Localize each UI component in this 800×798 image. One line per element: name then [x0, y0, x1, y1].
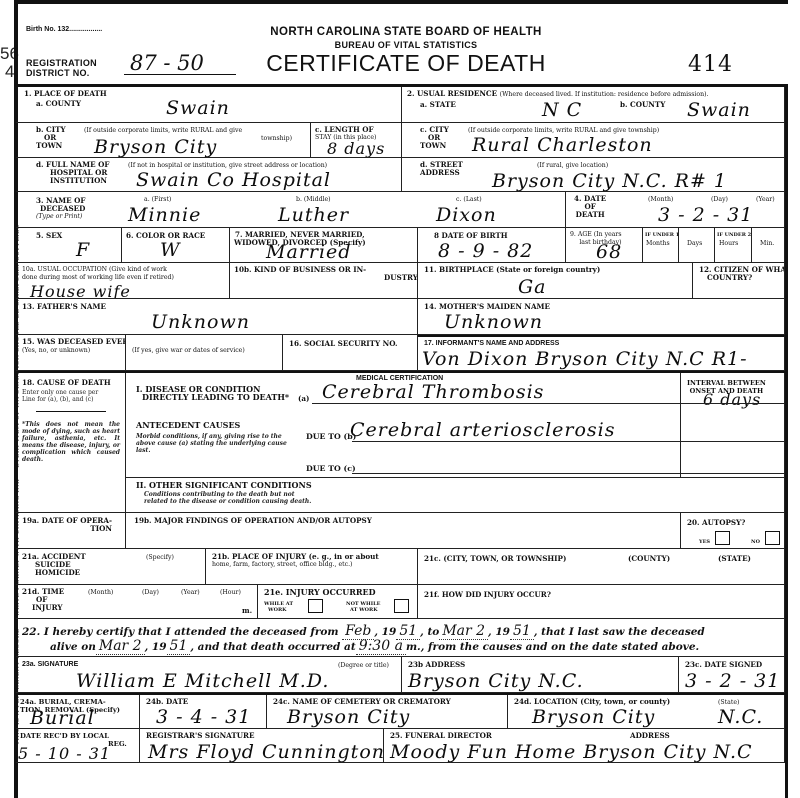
dod-month-label: (Month) — [648, 195, 673, 204]
armed-forces-label: 15. WAS DECEASED EVER IN U.S. ARMED FORC… — [22, 338, 126, 346]
first-name-label: a. (First) — [144, 195, 171, 204]
business-label: 10b. KIND OF BUSINESS OR IN- — [234, 266, 366, 274]
certificate-header: Birth No. 132................. REGISTRAT… — [16, 4, 788, 84]
registration-district-field[interactable]: 87 - 50 — [124, 52, 236, 75]
injury-place-label: 21b. PLACE OF INJURY (e. g., in or about… — [212, 553, 379, 569]
line-b-underline — [352, 441, 681, 442]
certification-line-2: alive onMar 2, 1951, and that death occu… — [50, 638, 699, 654]
burial-location-cell: 24d. LOCATION (City, town, or county) (S… — [508, 695, 785, 729]
injury-time-label: 21d. TIME OF INJURY — [22, 588, 64, 612]
place-of-death-city-cell: b. CITY OR TOWN (If outside corporate li… — [16, 123, 311, 158]
months-label: Months — [646, 239, 670, 248]
interval-cell: INTERVAL BETWEEN ONSET AND DEATH 6 days — [681, 373, 785, 478]
father-name-label: 13. FATHER'S NAME — [22, 303, 106, 311]
ssn-cell[interactable]: 16. SOCIAL SECURITY NO. — [283, 335, 418, 371]
antecedent-causes-label: ANTECEDENT CAUSES — [136, 421, 240, 429]
cause-instructions: Enter only one cause per Line for (a), (… — [22, 389, 98, 403]
injury-year-label: (Year) — [181, 588, 200, 597]
sex-cell: 5. SEX F — [16, 228, 122, 263]
race-cell: 6. COLOR OR RACE W — [122, 228, 230, 263]
injury-county-label: (COUNTY) — [628, 555, 670, 563]
autopsy-no-checkbox[interactable] — [765, 531, 780, 545]
burial-field[interactable]: Burial — [30, 707, 95, 729]
birthplace-label: 11. BIRTHPLACE (State or foreign country… — [424, 266, 600, 274]
autopsy-yes-checkbox[interactable] — [715, 531, 730, 545]
hospital-field[interactable]: Swain Co Hospital — [136, 169, 331, 191]
deceased-name-cell: 3. NAME OF DECEASED (Type or Print) a. (… — [16, 192, 566, 228]
date-received-field[interactable]: 5 - 10 - 31 — [18, 743, 111, 763]
interval-c-underline — [681, 473, 785, 474]
registrar-signature-field[interactable]: Mrs Floyd Cunnington — [148, 741, 384, 763]
street-address-cell: d. STREET ADDRESS (If rural, give locati… — [402, 158, 785, 192]
residence-county-label: b. COUNTY — [620, 101, 665, 109]
length-of-stay-cell: c. LENGTH OF STAY (in this place) 8 days — [311, 123, 402, 158]
residence-city-label: c. CITY OR TOWN — [420, 126, 449, 150]
death-certificate: Birth No. 132................. REGISTRAT… — [16, 0, 794, 798]
informant-label: 17. INFORMANT'S NAME AND ADDRESS — [424, 340, 559, 348]
disease-condition-label: I. DISEASE OR CONDITION DIRECTLY LEADING… — [136, 385, 289, 401]
occupation-label: 10a. USUAL OCCUPATION (Give kind of work… — [22, 266, 174, 282]
other-conditions-note: Conditions contributing to the death but… — [144, 491, 311, 505]
cause-of-death-label: 18. CAUSE OF DEATH — [22, 379, 111, 387]
physician-address-label: 23b ADDRESS — [408, 661, 465, 669]
cemetery-field[interactable]: Bryson City — [287, 706, 410, 728]
citizenship-cell: 12. CITIZEN OF WHAT COUNTRY? — [693, 263, 785, 299]
injury-occurred-label: 21e. INJURY OCCURRED — [264, 588, 376, 596]
birth-number: Birth No. 132................. — [26, 26, 102, 33]
ssn-label: 16. SOCIAL SECURITY NO. — [289, 340, 398, 348]
operation-date-cell[interactable]: 19a. DATE OF OPERA- TION — [16, 513, 126, 549]
due-to-b-label: DUE TO (b) — [306, 433, 356, 441]
findings-label: 19b. MAJOR FINDINGS OF OPERATION AND/OR … — [134, 517, 372, 525]
age-field[interactable]: 68 — [596, 241, 622, 263]
cause-a-field[interactable]: Cerebral Thrombosis — [322, 381, 544, 403]
date-of-birth-label: 8 DATE OF BIRTH — [434, 232, 508, 240]
usual-residence-label: 2. USUAL RESIDENCE (Where deceased lived… — [407, 90, 709, 99]
race-field[interactable]: W — [160, 239, 181, 261]
armed-forces-yes-no-cell[interactable]: 15. WAS DECEASED EVER IN U.S. ARMED FORC… — [16, 335, 126, 371]
business-cell: 10b. KIND OF BUSINESS OR IN- DUSTRY — [230, 263, 418, 299]
cause-of-death-instructions: 18. CAUSE OF DEATH Enter only one cause … — [16, 373, 126, 513]
signature-cell: 23a. SIGNATURE (Degree or title) William… — [16, 657, 402, 693]
age-cell: 9. AGE (In years last birthday) 68 — [566, 228, 643, 263]
funeral-director-cell: 25. FUNERAL DIRECTOR ADDRESS Moody Fun H… — [384, 729, 785, 763]
line-c-underline — [352, 473, 681, 474]
father-name-cell: 13. FATHER'S NAME Unknown — [16, 299, 418, 335]
death-city-field[interactable]: Bryson City — [94, 136, 217, 158]
residence-county-field[interactable]: Swain — [687, 99, 751, 121]
degree-label: (Degree or title) — [338, 661, 389, 670]
hospital-label: d. FULL NAME OF HOSPITAL OR INSTITUTION — [36, 161, 109, 185]
date-of-birth-field[interactable]: 8 - 9 - 82 — [438, 240, 533, 262]
residence-state-label: a. STATE — [420, 101, 456, 109]
injury-day-label: (Day) — [142, 588, 159, 597]
certification-statement: 22. I hereby certify that I attended the… — [16, 619, 785, 657]
informant-field[interactable]: Von Dixon Bryson City N.C R1- — [422, 348, 748, 370]
date-signed-field[interactable]: 3 - 2 - 31 — [685, 670, 780, 692]
cause-lines-cell: MEDICAL CERTIFICATION I. DISEASE OR COND… — [126, 373, 681, 478]
burial-cell: 24a. BURIAL, CREMA- TION, REMOVAL (Speci… — [16, 695, 140, 729]
injury-month-label: (Month) — [88, 588, 113, 597]
while-at-work-checkbox[interactable] — [308, 599, 323, 613]
dod-day-label: (Day) — [711, 195, 728, 204]
physician-address-field[interactable]: Bryson City N.C. — [408, 670, 584, 692]
certificate-number: 414 — [688, 52, 733, 77]
findings-cell[interactable]: 19b. MAJOR FINDINGS OF OPERATION AND/OR … — [126, 513, 681, 549]
cause-b-field[interactable]: Cerebral arteriosclerosis — [350, 419, 616, 441]
first-name-field[interactable]: Minnie — [128, 204, 201, 226]
occupation-cell: 10a. USUAL OCCUPATION (Give kind of work… — [16, 263, 230, 299]
mother-name-label: 14. MOTHER'S MAIDEN NAME — [424, 303, 550, 311]
date-received-cell: DATE REC'D BY LOCAL REG. 5 - 10 - 31 — [16, 729, 140, 763]
other-conditions-cell[interactable]: II. OTHER SIGNIFICANT CONDITIONS Conditi… — [126, 478, 785, 513]
burial-date-label: 24b. DATE — [146, 698, 188, 706]
last-seen-year-field[interactable]: 51 — [167, 638, 191, 655]
time-of-death-field[interactable]: 9:30 a — [356, 638, 406, 655]
while-at-work-label: WHILE AT WORK — [264, 601, 293, 613]
residence-city-field[interactable]: Rural Charleston — [472, 134, 653, 156]
page-title: CERTIFICATE OF DEATH — [246, 50, 566, 77]
burial-location-state-field[interactable]: N.C. — [718, 706, 763, 728]
operation-date-label: 19a. DATE OF OPERA- TION — [22, 517, 112, 533]
not-at-work-label: NOT WHILE AT WORK — [346, 601, 380, 613]
father-name-field[interactable]: Unknown — [151, 311, 250, 333]
hours-label: Hours — [719, 239, 738, 248]
age-hours-cell[interactable]: IF UNDER 24 HRS. Hours — [715, 228, 752, 263]
residence-state-field[interactable]: N C — [542, 99, 582, 121]
death-county-field[interactable]: Swain — [166, 97, 230, 119]
dod-year-label: (Year) — [756, 195, 775, 204]
line-a-label: (a) — [298, 395, 309, 403]
date-of-birth-cell: 8 DATE OF BIRTH 8 - 9 - 82 — [418, 228, 566, 263]
interval-b-underline — [681, 441, 785, 442]
injury-type-label: 21a. ACCIDENT SUICIDE HOMICIDE — [22, 553, 86, 577]
interval-a-field[interactable]: 6 days — [703, 389, 761, 411]
deceased-name-label: 3. NAME OF DECEASED (Type or Print) — [36, 197, 85, 221]
cemetery-cell: 24c. NAME OF CEMETERY OR CREMATORY Bryso… — [267, 695, 508, 729]
armed-forces-service-label: (If yes, give war or dates of service) — [132, 346, 245, 355]
under-24-hours-label: IF UNDER 24 HRS. — [717, 231, 752, 239]
registrar-label: REGISTRAR'S SIGNATURE — [146, 732, 254, 740]
street-address-label: d. STREET ADDRESS — [420, 161, 463, 177]
usual-residence-state-cell: 2. USUAL RESIDENCE (Where deceased lived… — [402, 87, 785, 123]
signature-label: 23a. SIGNATURE — [22, 661, 78, 669]
bureau-title: BUREAU OF VITAL STATISTICS — [246, 40, 566, 50]
autopsy-no-label: NO — [751, 538, 760, 546]
certificate-form: 1. PLACE OF DEATH a. COUNTY Swain 2. USU… — [16, 84, 788, 798]
age-days-cell[interactable]: Days — [679, 228, 715, 263]
city-note-2: township) — [261, 134, 292, 143]
last-name-field[interactable]: Dixon — [436, 204, 497, 226]
interval-a-underline — [681, 403, 785, 404]
date-of-death-field[interactable]: 3 - 2 - 31 — [658, 204, 753, 226]
date-of-death-cell: 4. DATE OF DEATH (Month) (Day) (Year) 3 … — [566, 192, 785, 228]
autopsy-cell: 20. AUTOPSY? YES NO — [681, 513, 785, 549]
date-of-death-label: 4. DATE OF DEATH — [574, 195, 606, 219]
registration-label-line2: DISTRICT NO. — [26, 68, 97, 78]
cause-footnote: *This does not mean the mode of dying, s… — [22, 421, 120, 463]
injury-location-cell[interactable]: 21c. (CITY, TOWN, OR TOWNSHIP) (COUNTY) … — [418, 549, 785, 585]
armed-forces-service-cell[interactable]: (If yes, give war or dates of service) — [126, 335, 283, 371]
last-seen-field[interactable]: Mar 2 — [96, 638, 145, 655]
line-a-underline — [312, 403, 681, 404]
certification-line-1: 22. I hereby certify that I attended the… — [22, 623, 705, 639]
occupation-field[interactable]: House wife — [30, 281, 131, 299]
burial-date-field[interactable]: 3 - 4 - 31 — [156, 706, 251, 728]
autopsy-label: 20. AUTOPSY? — [687, 519, 745, 527]
cemetery-label: 24c. NAME OF CEMETERY OR CREMATORY — [273, 698, 451, 706]
birthplace-cell: 11. BIRTHPLACE (State or foreign country… — [418, 263, 693, 299]
residence-city-cell: c. CITY OR TOWN (If outside corporate li… — [402, 123, 785, 158]
agency-title: NORTH CAROLINA STATE BOARD OF HEALTH — [246, 26, 566, 38]
how-injury-label: 21f. HOW DID INJURY OCCUR? — [424, 591, 551, 599]
burial-date-cell: 24b. DATE 3 - 4 - 31 — [140, 695, 267, 729]
registrar-cell: REGISTRAR'S SIGNATURE Mrs Floyd Cunningt… — [140, 729, 384, 763]
length-of-stay-field[interactable]: 8 days — [327, 138, 385, 158]
county-label: a. COUNTY — [36, 100, 81, 108]
middle-name-field[interactable]: Luther — [278, 204, 349, 226]
armed-forces-yes-no-label: (Yes, no, or unknown) — [22, 346, 90, 355]
physician-signature-field[interactable]: William E Mitchell M.D. — [76, 670, 329, 692]
injury-occurred-cell: 21e. INJURY OCCURRED WHILE AT WORK NOT W… — [258, 585, 418, 619]
funeral-director-label: 25. FUNERAL DIRECTOR — [390, 732, 492, 740]
sex-label: 5. SEX — [36, 232, 62, 240]
mother-name-cell: 14. MOTHER'S MAIDEN NAME Unknown — [418, 299, 785, 335]
business-label-2: DUSTRY — [384, 274, 418, 282]
date-signed-label: 23c. DATE SIGNED — [685, 661, 762, 669]
date-signed-cell: 23c. DATE SIGNED 3 - 2 - 31 — [679, 657, 785, 693]
age-months-cell[interactable]: IF UNDER 1 YEAR Months — [643, 228, 679, 263]
how-injury-cell[interactable]: 21f. HOW DID INJURY OCCUR? — [418, 585, 785, 619]
not-at-work-checkbox[interactable] — [394, 599, 409, 613]
mother-name-field[interactable]: Unknown — [444, 311, 543, 333]
injury-hour-label: (Hour) — [220, 588, 241, 597]
city-note: (If outside corporate limits, write RURA… — [84, 126, 242, 135]
citizenship-label: 12. CITIZEN OF WHAT COUNTRY? — [699, 266, 785, 282]
funeral-director-address-label: ADDRESS — [630, 732, 670, 740]
due-to-c-label: DUE TO (c) — [306, 465, 356, 473]
injury-specify-label: (Specify) — [146, 553, 174, 562]
under-one-year-label: IF UNDER 1 YEAR — [645, 231, 679, 239]
burial-location-city-field[interactable]: Bryson City — [532, 706, 655, 728]
days-label: Days — [687, 239, 702, 248]
autopsy-yes-label: YES — [699, 538, 710, 546]
registration-district-label: REGISTRATION DISTRICT NO. — [26, 58, 97, 78]
sex-field[interactable]: F — [76, 239, 90, 261]
place-of-death-county-cell: 1. PLACE OF DEATH a. COUNTY Swain — [16, 87, 402, 123]
street-address-field[interactable]: Bryson City N.C. R# 1 — [492, 170, 727, 192]
funeral-director-field[interactable]: Moody Fun Home Bryson City N.C — [390, 741, 753, 763]
injury-state-label: (STATE) — [718, 555, 751, 563]
marital-status-cell: 7. MARRIED, NEVER MARRIED, WIDOWED, DIVO… — [230, 228, 418, 263]
burial-location-label: 24d. LOCATION (City, town, or county) — [514, 698, 670, 706]
city-label: b. CITY OR TOWN — [36, 126, 66, 150]
injury-m-label: m. — [242, 607, 252, 615]
middle-name-label: b. (Middle) — [296, 195, 331, 204]
age-minutes-cell[interactable]: Min. — [752, 228, 785, 263]
minutes-label: Min. — [760, 239, 774, 248]
place-of-death-label: 1. PLACE OF DEATH — [24, 90, 107, 98]
injury-city-label: 21c. (CITY, TOWN, OR TOWNSHIP) — [424, 555, 566, 563]
street-address-note: (If rural, give location) — [537, 161, 608, 170]
antecedent-note: Morbid conditions, if any, giving rise t… — [136, 433, 296, 454]
birthplace-field[interactable]: Ga — [518, 276, 547, 298]
marital-status-field[interactable]: Married — [266, 241, 351, 263]
physician-address-cell: 23b ADDRESS Bryson City N.C. — [402, 657, 679, 693]
injury-time-cell[interactable]: 21d. TIME OF INJURY (Month) (Day) (Year)… — [16, 585, 258, 619]
other-conditions-label: II. OTHER SIGNIFICANT CONDITIONS — [136, 481, 312, 489]
informant-cell: 17. INFORMANT'S NAME AND ADDRESS Von Dix… — [418, 335, 785, 371]
hospital-cell: d. FULL NAME OF HOSPITAL OR INSTITUTION … — [16, 158, 402, 192]
injury-place-cell[interactable]: 21b. PLACE OF INJURY (e. g., in or about… — [206, 549, 418, 585]
instruction-divider — [36, 411, 106, 412]
injury-type-cell[interactable]: 21a. ACCIDENT SUICIDE HOMICIDE (Specify) — [16, 549, 206, 585]
last-name-label: c. (Last) — [456, 195, 482, 204]
registration-label-line1: REGISTRATION — [26, 58, 97, 68]
